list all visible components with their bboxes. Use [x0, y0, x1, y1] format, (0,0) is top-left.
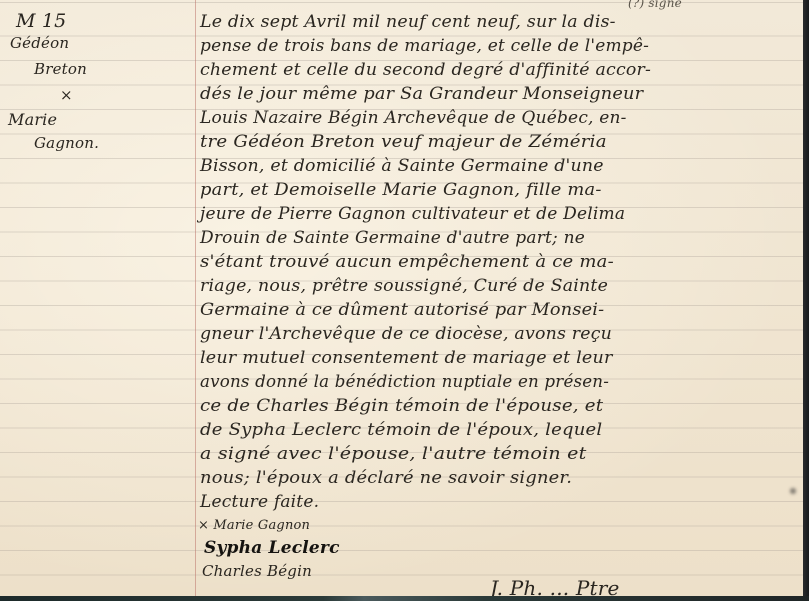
text-line: Drouin de Sainte Germaine d'autre part; …	[200, 228, 585, 248]
scan-border-bottom	[0, 596, 809, 601]
text-line: pense de trois bans de mariage, et celle…	[200, 36, 649, 56]
text-line: s'étant trouvé aucun empêchement à ce ma…	[200, 252, 614, 272]
text-line: de Sypha Leclerc témoin de l'époux, lequ…	[200, 420, 602, 440]
text-line: gneur l'Archevêque de ce diocèse, avons …	[200, 324, 612, 344]
separator: ×	[60, 86, 73, 104]
text-line: leur mutuel consentement de mariage et l…	[200, 348, 613, 368]
text-line: Germaine à ce dûment autorisé par Monsei…	[200, 300, 604, 320]
record-number: M 15	[16, 10, 66, 32]
text-line: dés le jour même par Sa Grandeur Monseig…	[200, 84, 643, 104]
text-line: part, et Demoiselle Marie Gagnon, fille …	[200, 180, 602, 200]
signature-bride: × Marie Gagnon	[198, 518, 310, 533]
groom-first-name: Gédéon	[10, 34, 69, 52]
text-line: avons donné la bénédiction nuptiale en p…	[200, 372, 609, 392]
text-line: Le dix sept Avril mil neuf cent neuf, su…	[200, 12, 616, 32]
text-line: ce de Charles Bégin témoin de l'épouse, …	[200, 396, 603, 416]
text-line: nous; l'époux a déclaré ne savoir signer…	[200, 468, 572, 488]
register-page: M 15 Gédéon Breton × Marie Gagnon. (?) s…	[0, 0, 803, 597]
signature-priest: J. Ph. ... Ptre	[490, 576, 620, 597]
text-line: Lecture faite.	[200, 492, 319, 512]
ink-blot	[790, 488, 796, 494]
text-line: Louis Nazaire Bégin Archevêque de Québec…	[200, 108, 627, 128]
text-line: a signé avec l'épouse, l'autre témoin et	[200, 444, 587, 464]
text-line: tre Gédéon Breton veuf majeur de Zéméria	[200, 132, 607, 152]
header-fragment: (?) signé	[628, 0, 682, 10]
scan-border-right	[803, 0, 809, 601]
margin-rule	[195, 0, 196, 597]
bride-first-name: Marie	[8, 110, 57, 129]
text-line: jeure de Pierre Gagnon cultivateur et de…	[200, 204, 625, 224]
signature-witness-groom: Sypha Leclerc	[204, 538, 340, 558]
groom-last-name: Breton	[34, 60, 87, 78]
signature-witness-bride: Charles Bégin	[202, 562, 312, 580]
text-line: riage, nous, prêtre soussigné, Curé de S…	[200, 276, 608, 296]
text-line: chement et celle du second degré d'affin…	[200, 60, 651, 80]
text-line: Bisson, et domicilié à Sainte Germaine d…	[200, 156, 604, 176]
bride-last-name: Gagnon.	[34, 134, 99, 152]
